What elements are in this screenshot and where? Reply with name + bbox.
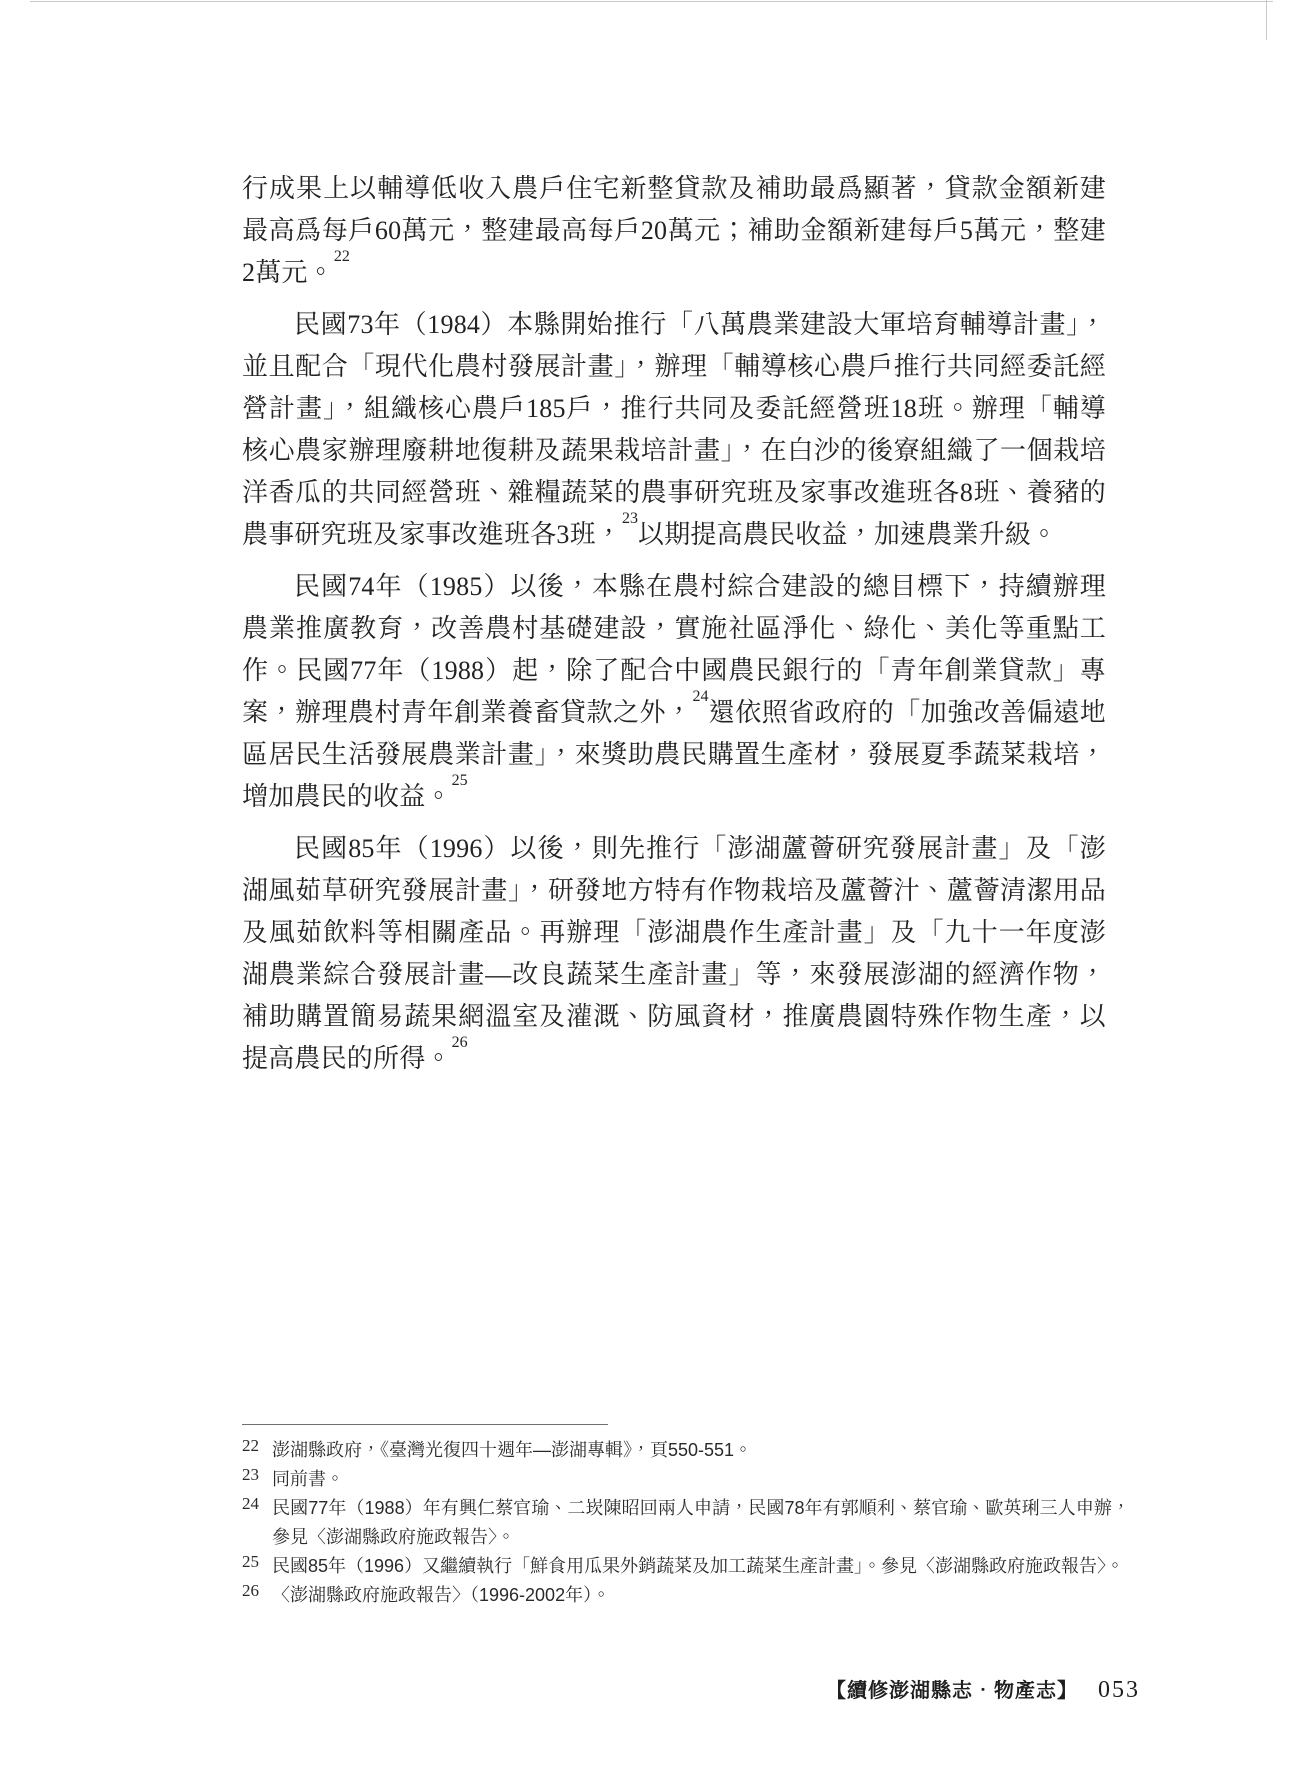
footnote-text: 民國85年（1996）又繼續執行「鮮食用瓜果外銷蔬菜及加工蔬菜生產計畫」。參見〈…	[272, 1556, 1124, 1576]
footnote-divider	[242, 1424, 608, 1425]
footnote-item: 22澎湖縣政府，《臺灣光復四十週年—澎湖專輯》，頁550-551。	[242, 1436, 1130, 1465]
footnote-item: 25民國85年（1996）又繼續執行「鮮食用瓜果外銷蔬菜及加工蔬菜生產計畫」。參…	[242, 1552, 1130, 1581]
footnote-number: 26	[242, 1576, 266, 1605]
body-text: 行成果上以輔導低收入農戶住宅新整貸款及補助最爲顯著，貸款金額新建最高爲每戶60萬…	[242, 168, 1106, 1080]
footnotes: 22澎湖縣政府，《臺灣光復四十週年—澎湖專輯》，頁550-551。23同前書。2…	[242, 1436, 1130, 1610]
book-title: 【續修澎湖縣志‧物產志】	[826, 1680, 1078, 1702]
footnote-reference: 23	[622, 510, 638, 527]
footnote-item: 23同前書。	[242, 1465, 1130, 1494]
footnote-item: 26〈澎湖縣政府施政報告〉（1996-2002年）。	[242, 1581, 1130, 1610]
footnote-number: 23	[242, 1460, 266, 1489]
scan-edge-right-line	[1266, 0, 1267, 40]
paragraph: 民國85年（1996）以後，則先推行「澎湖蘆薈研究發展計畫」及「澎湖風茹草研究發…	[242, 828, 1106, 1080]
page-footer: 【續修澎湖縣志‧物產志】053	[826, 1674, 1140, 1704]
paragraph: 民國74年（1985）以後，本縣在農村綜合建設的總目標下，持續辦理農業推廣教育，…	[242, 566, 1106, 818]
footnote-reference: 24	[693, 688, 709, 705]
footnote-text: 澎湖縣政府，《臺灣光復四十週年—澎湖專輯》，頁550-551。	[272, 1440, 752, 1460]
footnote-text: 民國77年（1988）年有興仁蔡官瑜、二崁陳昭回兩人申請，民國78年有郭順利、蔡…	[272, 1498, 1130, 1547]
paragraph: 行成果上以輔導低收入農戶住宅新整貸款及補助最爲顯著，貸款金額新建最高爲每戶60萬…	[242, 168, 1106, 294]
footnote-text: 〈澎湖縣政府施政報告〉（1996-2002年）。	[272, 1585, 610, 1605]
book-page: 行成果上以輔導低收入農戶住宅新整貸款及補助最爲顯著，貸款金額新建最高爲每戶60萬…	[0, 0, 1300, 1779]
page-number: 053	[1098, 1677, 1140, 1703]
paragraph: 民國73年（1984）本縣開始推行「八萬農業建設大軍培育輔導計畫」，並且配合「現…	[242, 304, 1106, 556]
scan-edge-top-line	[30, 1, 1273, 2]
footnote-item: 24民國77年（1988）年有興仁蔡官瑜、二崁陳昭回兩人申請，民國78年有郭順利…	[242, 1494, 1130, 1552]
footnote-number: 25	[242, 1547, 266, 1576]
footnote-number: 22	[242, 1431, 266, 1460]
footnote-text: 同前書。	[272, 1469, 344, 1489]
footnote-reference: 25	[452, 772, 468, 789]
footnote-reference: 22	[334, 248, 350, 265]
footnote-number: 24	[242, 1489, 266, 1518]
footnote-reference: 26	[452, 1034, 468, 1051]
